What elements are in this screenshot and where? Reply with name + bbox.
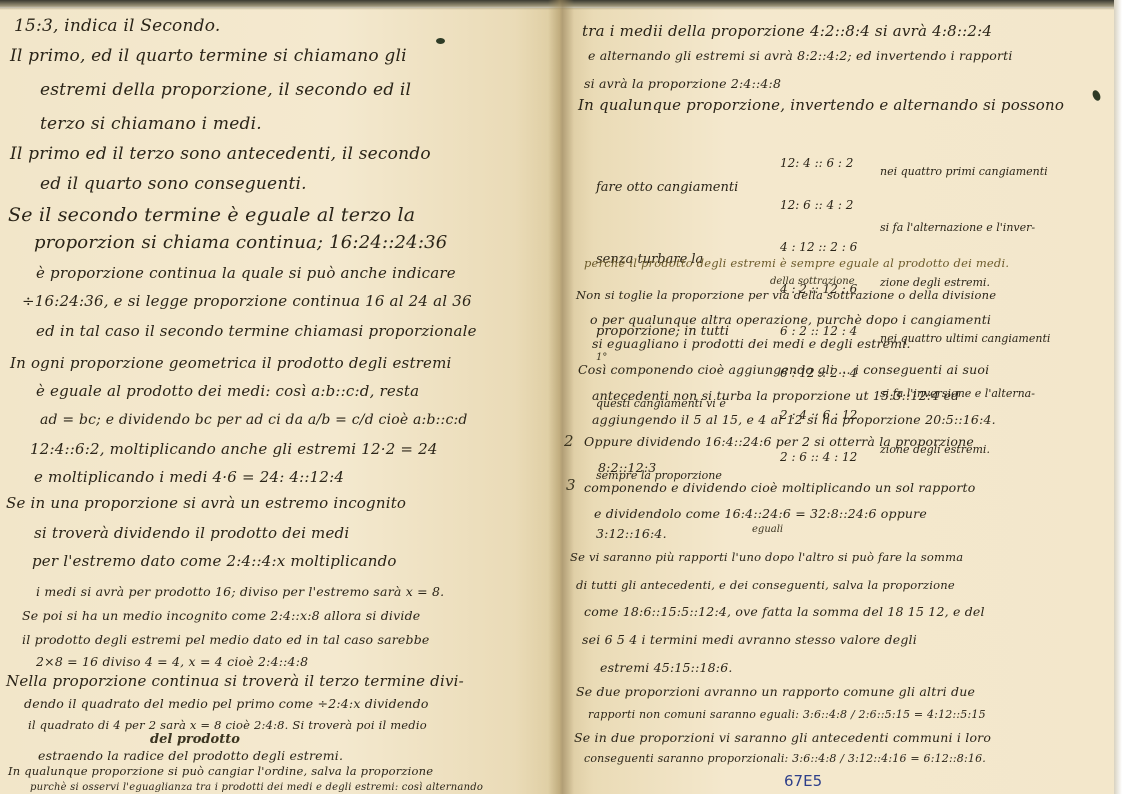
manuscript-line: e alternando gli estremi si avrà 8:2::4:…: [588, 48, 1013, 63]
manuscript-line: o per qualunque altra operazione, purchè…: [590, 312, 991, 327]
manuscript-line: si troverà dividendo il prodotto dei med…: [34, 524, 349, 542]
manuscript-line: Se poi si ha un medio incognito come 2:4…: [22, 608, 420, 623]
manuscript-line: ad = bc; e dividendo bc per ad ci da a/b…: [40, 412, 468, 428]
manuscript-line: In ogni proporzione geometrica il prodot…: [10, 354, 452, 372]
manuscript-line: aggiungendo il 5 al 15, e 4 al 12 si ha …: [592, 412, 996, 427]
manuscript-line: In qualunque proporzione, invertendo e a…: [578, 96, 1064, 114]
manuscript-line: tra i medii della proporzione 4:2::8:4 s…: [582, 22, 992, 40]
manuscript-line: antecedenti non si turba la proporzione …: [592, 388, 959, 403]
changes-right-line: si fa l'alternazione e l'inver-: [880, 219, 1050, 238]
manuscript-line: perchè il prodotto degli estremi è sempr…: [584, 256, 1009, 270]
manuscript-line: terzo si chiamano i medi.: [40, 114, 262, 134]
manuscript-line: e dividendolo come 16:4::24:6 = 32:8::24…: [594, 506, 927, 521]
manuscript-line: 15:3, indica il Secondo.: [14, 16, 220, 36]
manuscript-line: rapporti non comuni saranno eguali: 3:6:…: [588, 708, 986, 721]
changes-left-line: fare otto cangiamenti: [596, 176, 738, 200]
manuscript-line: si eguagliano i prodotti dei medi e degl…: [592, 336, 911, 351]
manuscript-line: Non si toglie la proporzione per via del…: [576, 288, 996, 302]
manuscript-line: 3:12::16:4.: [596, 526, 667, 541]
manuscript-line: estremi 45:15::18:6.: [600, 660, 733, 675]
changes-row: 12: 6 :: 4 : 2: [780, 198, 857, 212]
manuscript-line: Il primo ed il terzo sono antecedenti, i…: [10, 144, 431, 164]
manuscript-line: il quadrato di 4 per 2 sarà x = 8 cioè 2…: [28, 718, 427, 732]
manuscript-line: Se in due proporzioni vi saranno gli ant…: [574, 730, 991, 745]
manuscript-line: Se il secondo termine è eguale al terzo …: [8, 204, 415, 226]
manuscript-line: come 18:6::15:5::12:4, ove fatta la somm…: [584, 604, 985, 619]
changes-row: 2 : 6 :: 4 : 12: [780, 450, 857, 464]
manuscript-line: è eguale al prodotto dei medi: così a:b:…: [36, 382, 419, 400]
manuscript-line: ed il quarto sono conseguenti.: [40, 174, 307, 194]
manuscript-spread: 15:3, indica il Secondo. Il primo, ed il…: [0, 0, 1122, 794]
interlinear-note: eguali: [752, 524, 783, 535]
manuscript-line: per l'estremo dato come 2:4::4:x moltipl…: [32, 552, 397, 570]
manuscript-line: i medi si avrà per prodotto 16; diviso p…: [36, 584, 444, 599]
manuscript-line: Così componendo cioè aggiungendo gli ...…: [578, 362, 989, 377]
interlinear-note: del prodotto: [150, 732, 240, 747]
manuscript-line: Se vi saranno più rapporti l'uno dopo l'…: [570, 550, 963, 564]
manuscript-line: sei 6 5 4 i termini medi avranno stesso …: [582, 632, 917, 647]
manuscript-line: In qualunque proporzione si può cangiar …: [8, 764, 433, 778]
manuscript-line: ÷16:24:36, e si legge proporzione contin…: [22, 292, 472, 310]
interlinear-note: della sottrazione: [770, 276, 855, 287]
changes-right-line: nei quattro primi cangiamenti: [880, 163, 1050, 182]
manuscript-line: dendo il quadrato del medio pel primo co…: [24, 696, 429, 711]
manuscript-line: estraendo la radice del prodotto degli e…: [38, 748, 343, 763]
manuscript-line: il prodotto degli estremi pel medio dato…: [22, 632, 430, 647]
manuscript-line: di tutti gli antecedenti, e dei consegue…: [576, 578, 955, 592]
manuscript-line: ed in tal caso il secondo termine chiama…: [36, 322, 477, 340]
manuscript-line: Se due proporzioni avranno un rapporto c…: [576, 684, 975, 699]
changes-row: 12: 4 :: 6 : 2: [780, 156, 857, 170]
manuscript-line: conseguenti saranno proporzionali: 3:6::…: [584, 752, 986, 765]
margin-number: 2: [564, 432, 574, 450]
manuscript-line: Il primo, ed il quarto termine si chiama…: [10, 46, 407, 66]
manuscript-line: Nella proporzione continua si troverà il…: [6, 672, 464, 690]
page-edge: [1114, 0, 1122, 794]
margin-number: 3: [566, 476, 576, 494]
changes-row: 4 : 12 :: 2 : 6: [780, 240, 857, 254]
manuscript-line: 2×8 = 16 diviso 4 = 4, x = 4 cioè 2:4::4…: [36, 654, 308, 669]
shelfmark-stamp: 67E5: [784, 772, 822, 790]
manuscript-line: purchè si osservi l'eguaglianza tra i pr…: [30, 782, 483, 793]
ink-blot-icon: [436, 38, 445, 44]
book-spine: [548, 0, 574, 794]
manuscript-line: componendo e dividendo cioè moltiplicand…: [584, 480, 975, 495]
manuscript-line: Oppure dividendo 16:4::24:6 per 2 si ott…: [584, 434, 974, 449]
manuscript-line: 12:4::6:2, moltiplicando anche gli estre…: [30, 440, 438, 458]
manuscript-line: si avrà la proporzione 2:4::4:8: [584, 76, 781, 91]
manuscript-line: Se in una proporzione si avrà un estremo…: [6, 494, 406, 512]
manuscript-line: proporzion si chiama continua; 16:24::24…: [34, 232, 447, 253]
manuscript-line: e moltiplicando i medi 4·6 = 24: 4::12:4: [34, 468, 344, 486]
manuscript-line: è proporzione continua la quale si può a…: [36, 264, 456, 282]
manuscript-line: 8:2::12:3: [598, 460, 656, 475]
manuscript-line: estremi della proporzione, il secondo ed…: [40, 80, 411, 100]
